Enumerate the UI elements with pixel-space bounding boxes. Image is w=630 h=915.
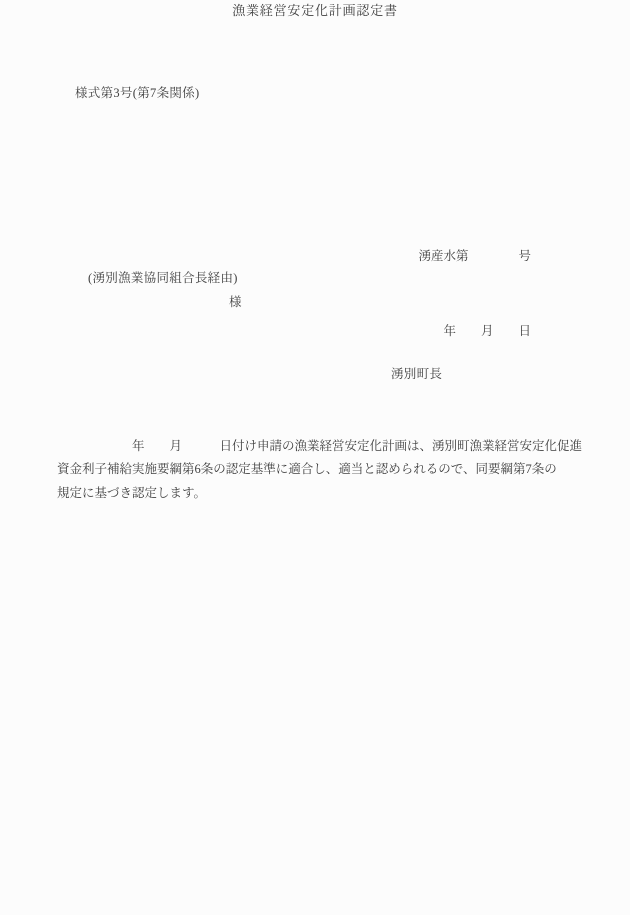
body-paragraph: 年 月 日付け申請の漁業経営安定化計画は、湧別町漁業経営安定化促進 資金利子補給… bbox=[57, 435, 582, 505]
reference-block: 湧産水第 号 年 月 日 bbox=[418, 194, 531, 394]
document-title: 漁業経営安定化計画認定書 bbox=[0, 0, 630, 19]
form-number: 様式第3号(第7条関係) bbox=[75, 86, 199, 101]
document-page: 様式第3号(第7条関係) 漁業経営安定化計画認定書 湧産水第 号 年 月 日 (… bbox=[0, 0, 630, 915]
doc-date-line: 年 月 日 bbox=[418, 319, 531, 344]
body-line-1: 年 月 日付け申請の漁業経営安定化計画は、湧別町漁業経営安定化促進 bbox=[57, 435, 582, 458]
doc-number-line: 湧産水第 号 bbox=[418, 244, 531, 269]
addressee-honorific: 様 bbox=[229, 295, 242, 310]
via-line: (湧別漁業協同組合長経由) bbox=[88, 271, 238, 286]
body-line-3: 規定に基づき認定します。 bbox=[57, 482, 582, 505]
body-line-2: 資金利子補給実施要綱第6条の認定基準に適合し、適当と認められるので、同要綱第7条… bbox=[57, 458, 582, 481]
issuer-title: 湧別町長 bbox=[391, 367, 442, 382]
